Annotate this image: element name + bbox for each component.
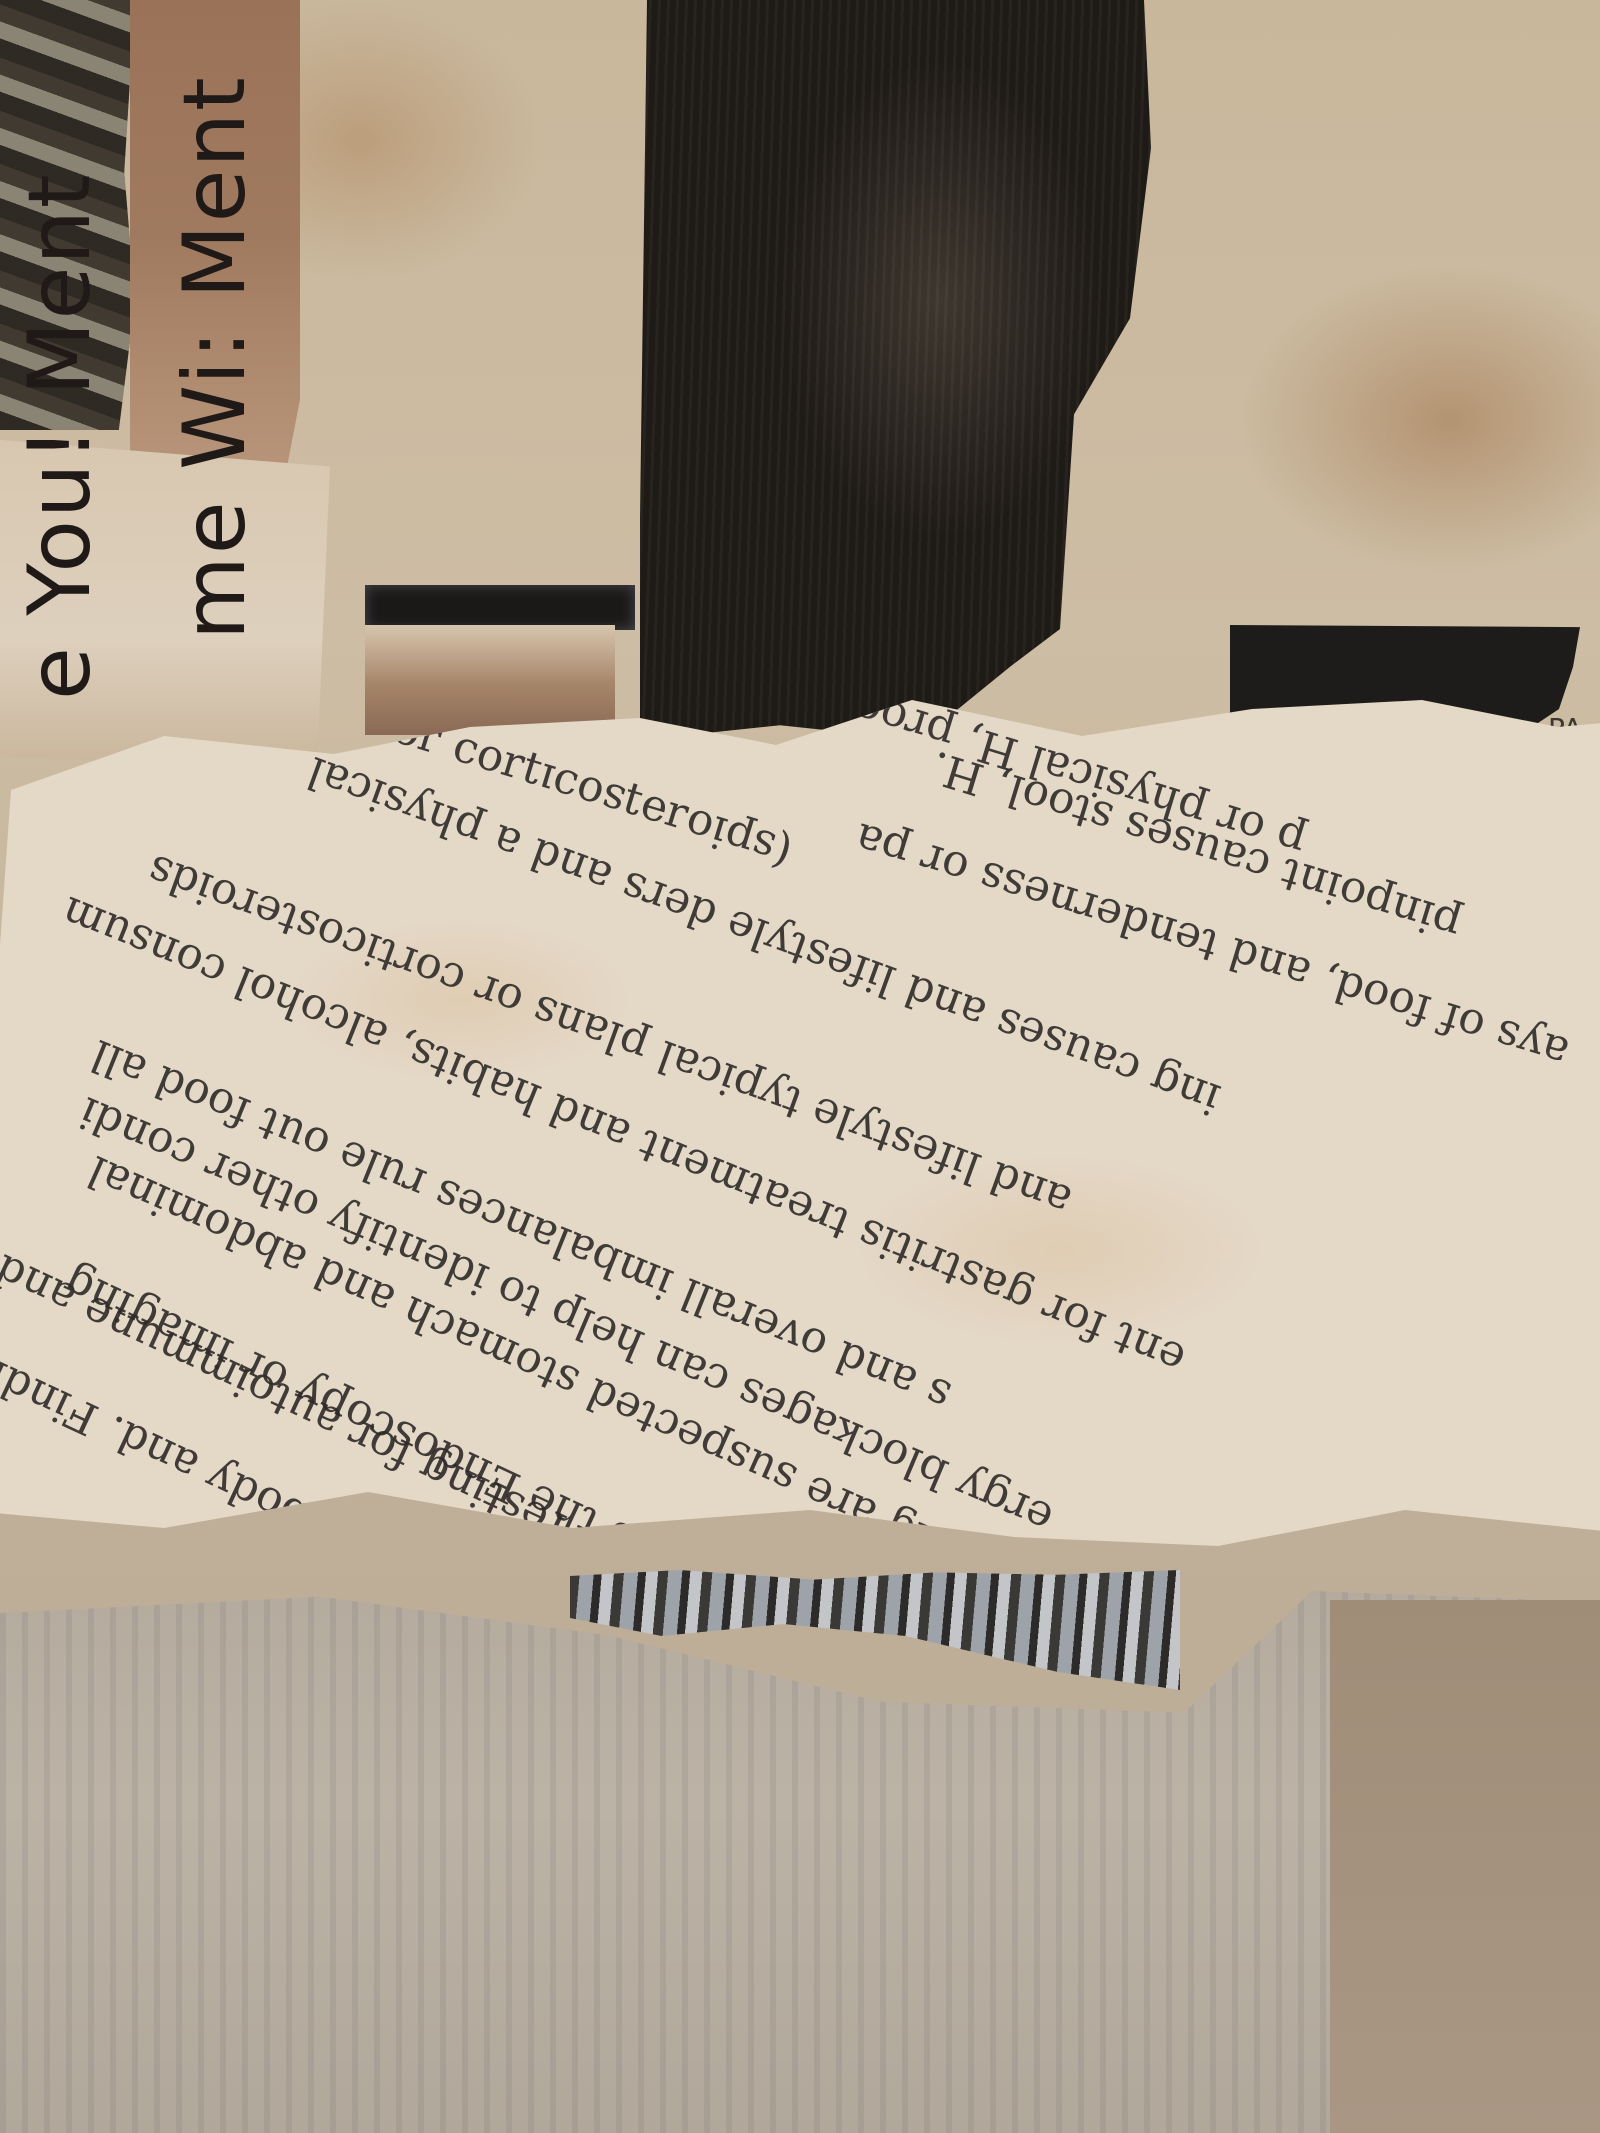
newsprint-line: ent for gastritis treatment and habits, … bbox=[54, 886, 1192, 1385]
vertical-text-line-2: me Wi: Ment bbox=[165, 75, 265, 640]
brown-paint-block bbox=[365, 625, 615, 735]
vertical-text-line-1: e You! Ment bbox=[10, 172, 110, 700]
torn-newsprint: (spioɹǝʇsoɔıʇɹoɔ ɹo sᗡIⱯSN p or physical… bbox=[0, 700, 1600, 1600]
black-bar-left bbox=[365, 585, 635, 630]
lower-right-brown-panel bbox=[1330, 1600, 1600, 2133]
